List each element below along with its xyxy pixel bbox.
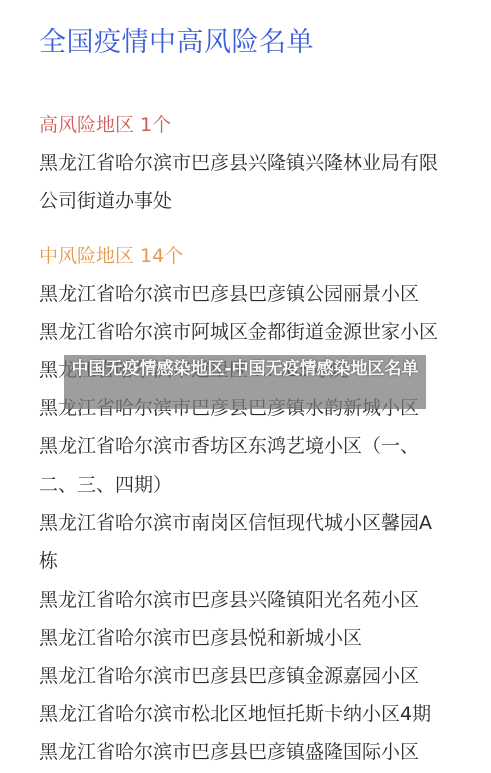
- mid-risk-line: 黑龙江省哈尔滨市巴彦县兴隆镇阳光名苑小区: [39, 587, 419, 613]
- document-page: 全国疫情中高风险名单 高风险地区 1个 黑龙江省哈尔滨市巴彦县兴隆镇兴隆林业局有…: [0, 0, 491, 773]
- high-risk-line: 公司街道办事处: [39, 188, 172, 214]
- caption-overlay: 中国无疫情感染地区-中国无疫情感染地区名单: [64, 355, 426, 409]
- mid-risk-line: 栋: [39, 548, 58, 574]
- mid-risk-line: 黑龙江省哈尔滨市香坊区东鸿艺境小区（一、: [39, 433, 419, 459]
- mid-risk-line: 二、三、四期）: [39, 472, 172, 498]
- page-title: 全国疫情中高风险名单: [39, 25, 314, 61]
- mid-risk-line: 黑龙江省哈尔滨市巴彦县悦和新城小区: [39, 625, 362, 651]
- overlay-caption: 中国无疫情感染地区-中国无疫情感染地区名单: [64, 357, 426, 381]
- mid-risk-line: 黑龙江省哈尔滨市南岗区信恒现代城小区馨园A: [39, 510, 432, 536]
- high-risk-line: 黑龙江省哈尔滨市巴彦县兴隆镇兴隆林业局有限: [39, 150, 438, 176]
- mid-risk-line: 黑龙江省哈尔滨市巴彦县巴彦镇公园丽景小区: [39, 281, 419, 307]
- mid-risk-line: 黑龙江省哈尔滨市巴彦县巴彦镇金源嘉园小区: [39, 663, 419, 689]
- mid-risk-heading: 中风险地区 14个: [39, 243, 183, 269]
- high-risk-heading: 高风险地区 1个: [39, 112, 171, 138]
- mid-risk-line: 黑龙江省哈尔滨市松北区地恒托斯卡纳小区4期: [39, 701, 431, 727]
- mid-risk-line: 黑龙江省哈尔滨市巴彦县巴彦镇盛隆国际小区: [39, 739, 419, 765]
- mid-risk-line: 黑龙江省哈尔滨市阿城区金都街道金源世家小区: [39, 319, 438, 345]
